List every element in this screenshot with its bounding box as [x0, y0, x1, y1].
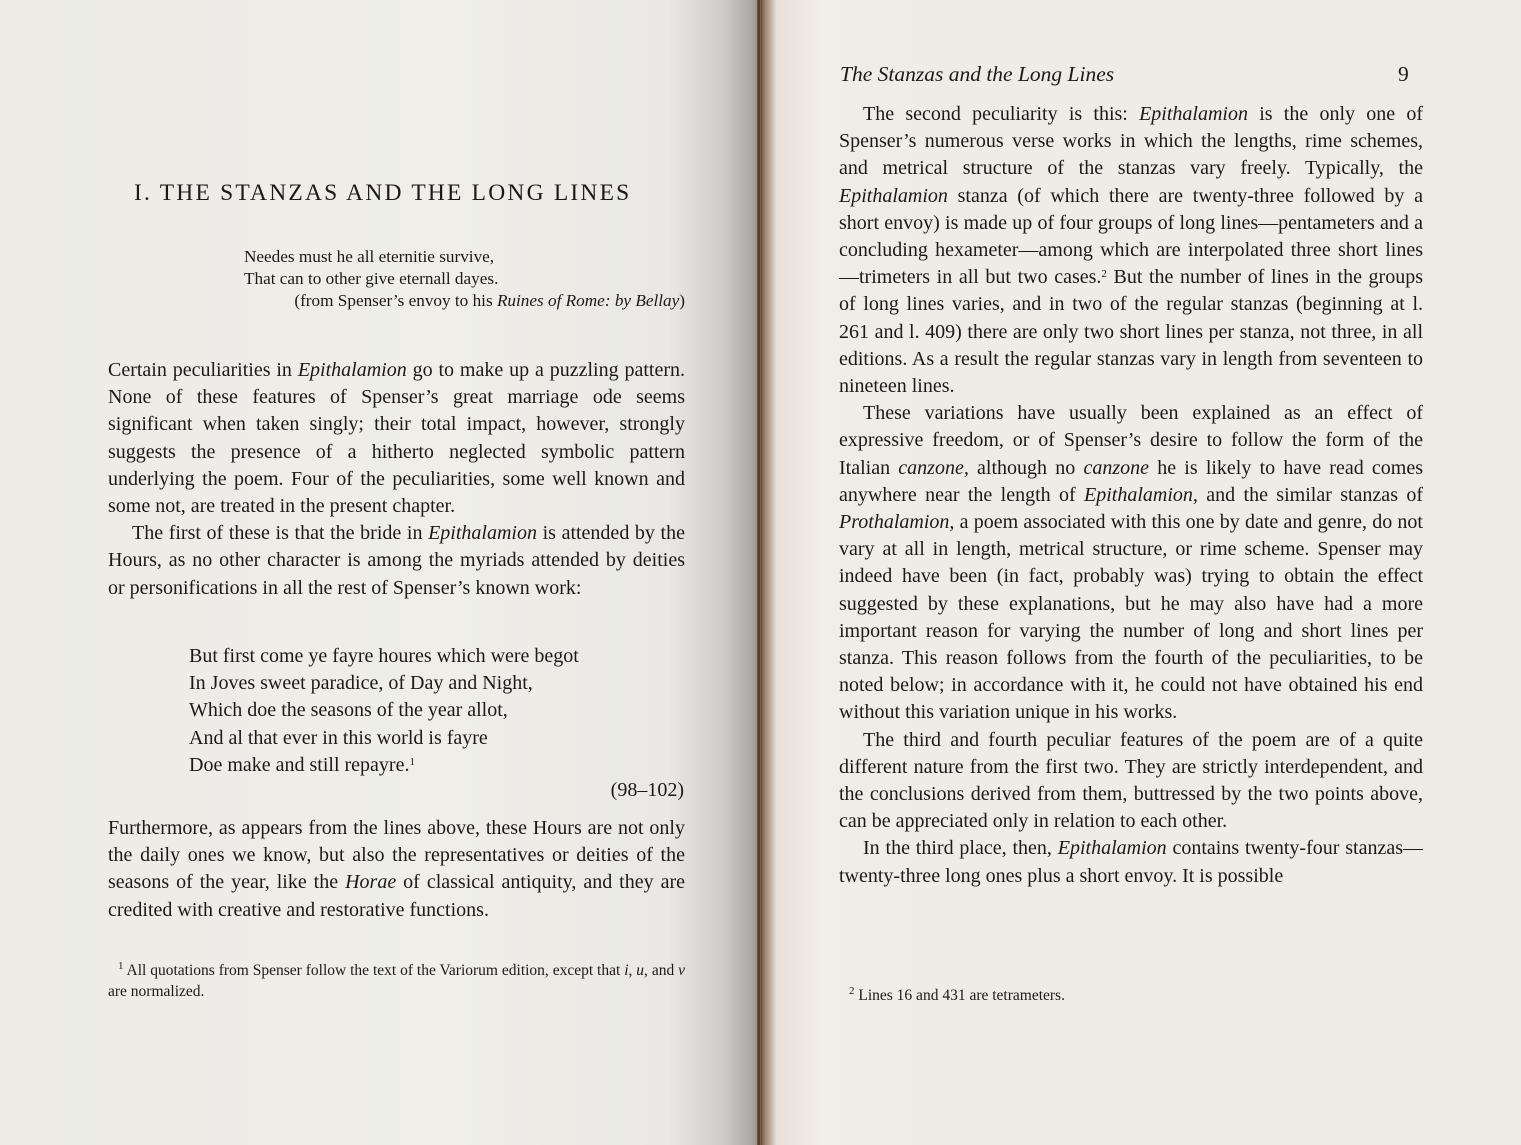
footnote-2: 2 Lines 16 and 431 are tetrameters. [849, 985, 1249, 1006]
verse-line: And al that ever in this world is fayre [189, 725, 579, 752]
epigraph-source-suffix: ) [679, 291, 685, 310]
verse-line-text: Doe make and still repayre. [189, 754, 409, 776]
italic-term: canzone [1083, 457, 1149, 479]
text-run: Certain peculiarities in [108, 359, 298, 381]
italic-title: Epithalamion [1139, 103, 1248, 125]
text-run: The second peculiarity is this: [863, 103, 1139, 125]
italic-title: Epithalamion [1058, 837, 1167, 859]
running-head: The Stanzas and the Long Lines [840, 62, 1114, 87]
text-run: are normalized. [108, 983, 204, 1000]
italic-title: Epithalamion [298, 359, 407, 381]
italic-title: Prothalamion, [839, 511, 954, 533]
italic-letter: v [678, 962, 685, 979]
italic-title: Epithalamion [839, 185, 948, 207]
left-body-text: Certain peculiarities in Epithalamion go… [108, 357, 685, 602]
chapter-title: I. THE STANZAS AND THE LONG LINES [134, 180, 631, 207]
text-run: a poem associated with this one by date … [839, 511, 1423, 723]
verse-line: Doe make and still repayre.1 [189, 752, 579, 779]
paragraph: The second peculiarity is this: Epithala… [839, 101, 1423, 400]
epigraph: Needes must he all eternitie survive, Th… [180, 246, 685, 312]
text-run: , and [644, 962, 678, 979]
italic-title: Epithalamion, [1084, 484, 1198, 506]
italic-term: canzone, [898, 457, 969, 479]
paragraph: Furthermore, as appears from the lines a… [108, 815, 685, 924]
text-run: although no [969, 457, 1084, 479]
text-run: The first of these is that the bride in [132, 522, 428, 544]
verse-line: In Joves sweet paradice, of Day and Nigh… [189, 670, 579, 697]
text-run: All quotations from Spenser follow the t… [124, 962, 625, 979]
text-run: Lines 16 and 431 are tetrameters. [855, 987, 1065, 1004]
text-run: go to make up a puzzling pattern. None o… [108, 359, 685, 517]
epigraph-line: Needes must he all eternitie survive, [180, 246, 685, 268]
page-number: 9 [1398, 62, 1409, 87]
verse-line: Which doe the seasons of the year allot, [189, 697, 579, 724]
epigraph-source: (from Spenser’s envoy to his Ruines of R… [180, 290, 685, 312]
footnote-marker[interactable]: 1 [409, 756, 415, 768]
italic-letter: u [636, 962, 644, 979]
text-run: and the similar stanzas of [1198, 484, 1423, 506]
italic-title: Epithalamion [428, 522, 537, 544]
book-gutter [757, 0, 761, 1145]
paragraph: These variations have usually been expla… [839, 400, 1423, 726]
paragraph: The third and fourth peculiar features o… [839, 727, 1423, 836]
epigraph-line: That can to other give eternall dayes. [180, 268, 685, 290]
epigraph-source-prefix: (from Spenser’s envoy to his [294, 291, 497, 310]
paragraph: In the third place, then, Epithalamion c… [839, 835, 1423, 889]
paragraph: The first of these is that the bride in … [108, 520, 685, 602]
left-body-text-continued: Furthermore, as appears from the lines a… [108, 815, 685, 924]
line-reference: (98–102) [560, 779, 684, 802]
right-body-text: The second peculiarity is this: Epithala… [839, 101, 1423, 890]
paragraph: Certain peculiarities in Epithalamion go… [108, 357, 685, 520]
footnote-1: 1 All quotations from Spenser follow the… [108, 960, 685, 1002]
text-run: In the third place, then, [863, 837, 1058, 859]
verse-quotation: But first come ye fayre houres which wer… [189, 643, 579, 779]
epigraph-source-title: Ruines of Rome: by Bellay [497, 291, 679, 310]
verse-line: But first come ye fayre houres which wer… [189, 643, 579, 670]
italic-term: Horae [345, 871, 396, 893]
